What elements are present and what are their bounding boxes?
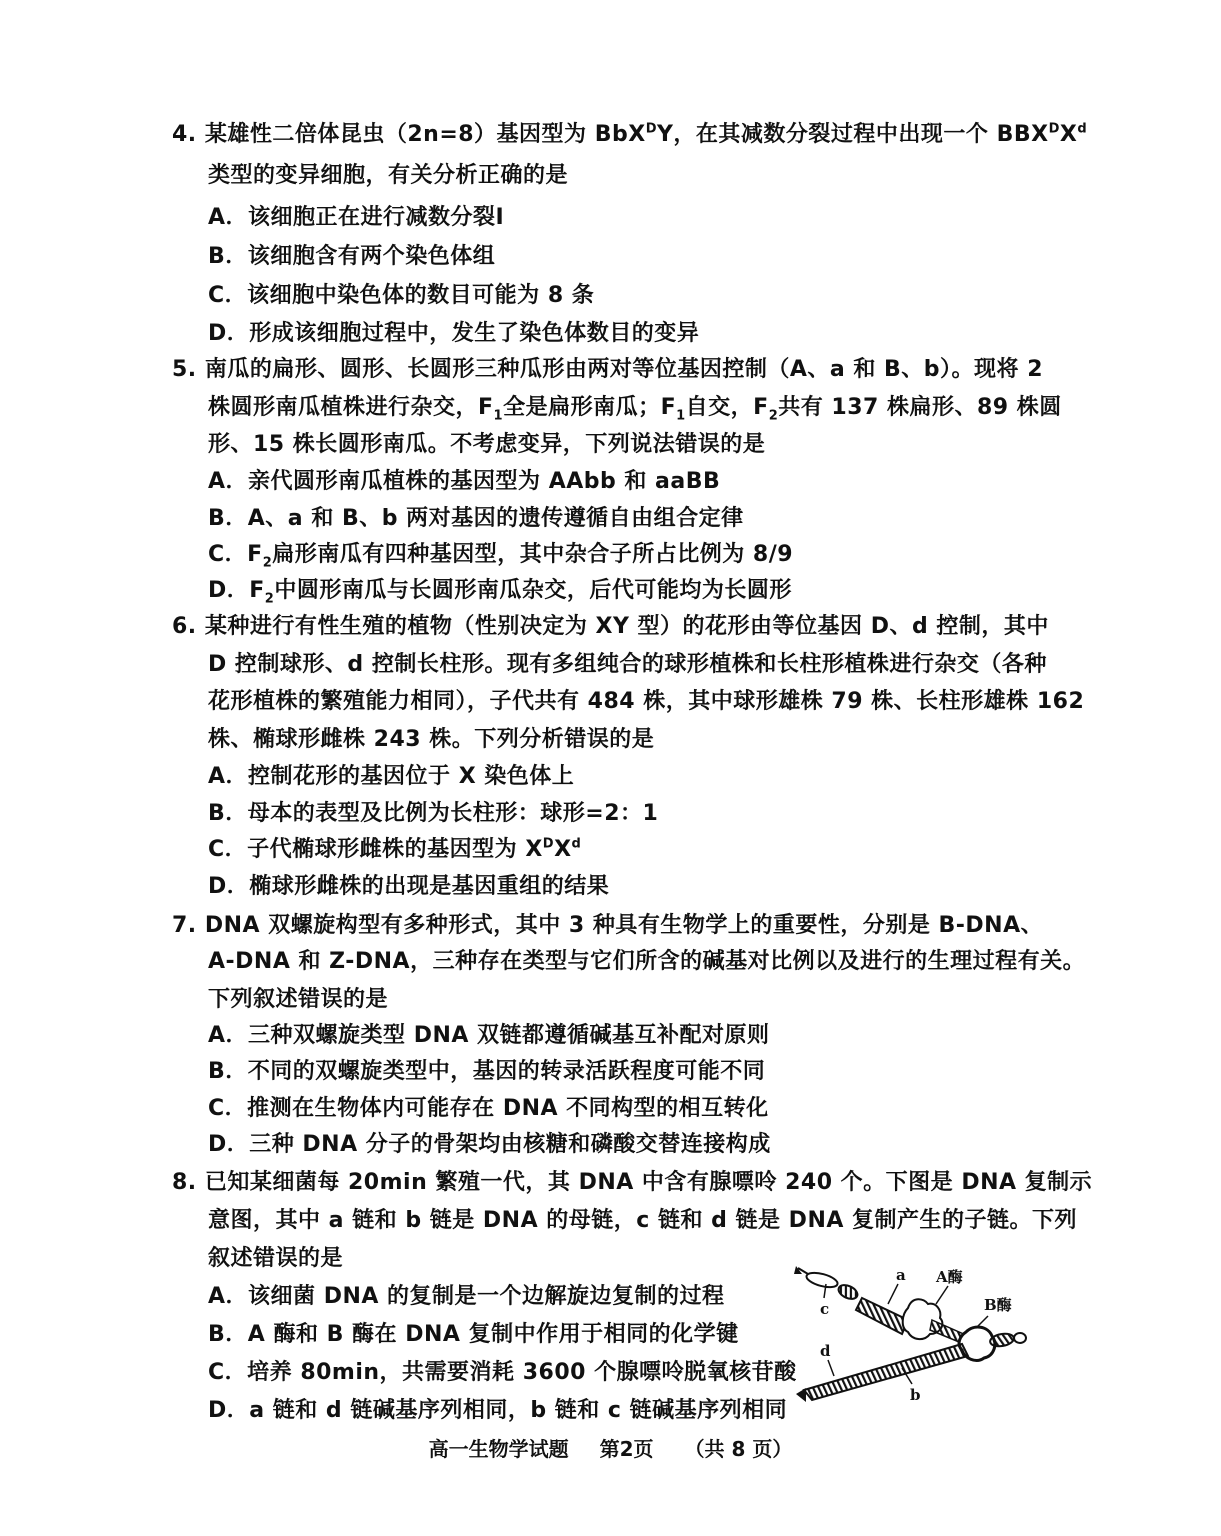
q6-stem-line-4: 株、椭球形雌株 243 株。下列分析错误的是 [208, 725, 654, 755]
q4-stem-line-2: 类型的变异细胞，有关分析正确的是 [208, 161, 568, 191]
q6-stem-line-1: 6. 某种进行有性生殖的植物（性别决定为 XY 型）的花形由等位基因 D、d 控… [172, 612, 1049, 642]
q8-stem-line-2: 意图，其中 a 链和 b 链是 DNA 的母链，c 链和 d 链是 DNA 复制… [208, 1206, 1077, 1236]
q4-option-c[interactable]: C．该细胞中染色体的数目可能为 8 条 [208, 281, 594, 311]
q5-stem-line-1: 5. 南瓜的扁形、圆形、长圆形三种瓜形由两对等位基因控制（A、a 和 B、b）。… [172, 355, 1043, 385]
q5-option-b[interactable]: B．A、a 和 B、b 两对基因的遗传遵循自由组合定律 [208, 504, 744, 534]
upper-helix [794, 1266, 908, 1334]
q4-stem-line-1: 4. 某雄性二倍体昆虫（2n=8）基因型为 BbXDY，在其减数分裂过程中出现一… [172, 120, 1087, 150]
q5-option-a[interactable]: A．亲代圆形南瓜植株的基因型为 AAbb 和 aaBB [208, 467, 720, 497]
footer-total-pages: （共 8 页） [685, 1437, 793, 1461]
q8-number: 8. [172, 1170, 197, 1195]
label-b: b [910, 1386, 921, 1404]
q5-stem-line-3: 形、15 株长圆形南瓜。不考虑变异，下列说法错误的是 [208, 430, 765, 460]
q5-number: 5. [172, 357, 197, 382]
q5-option-c[interactable]: C．F2扁形南瓜有四种基因型，其中杂合子所占比例为 8/9 [208, 540, 793, 570]
q5-stem-line-2: 株圆形南瓜植株进行杂交，F1全是扁形南瓜；F1自交，F2共有 137 株扁形、8… [208, 393, 1062, 423]
dna-replication-diagram: c a A酶 B酶 d b [790, 1258, 1030, 1408]
q4-option-a[interactable]: A．该细胞正在进行减数分裂Ⅰ [208, 203, 504, 233]
footer-subject: 高一生物学试题 [429, 1437, 569, 1461]
q6-number: 6. [172, 614, 197, 639]
q7-stem-line-1: 7. DNA 双螺旋构型有多种形式，其中 3 种具有生物学上的重要性，分别是 B… [172, 911, 1043, 941]
q8-option-d[interactable]: D．a 链和 d 链碱基序列相同，b 链和 c 链碱基序列相同 [208, 1396, 787, 1426]
q7-option-a[interactable]: A．三种双螺旋类型 DNA 双链都遵循碱基互补配对原则 [208, 1021, 770, 1051]
q5-option-d[interactable]: D．F2中圆形南瓜与长圆形南瓜杂交，后代可能均为长圆形 [208, 576, 792, 606]
q7-stem-line-3: 下列叙述错误的是 [208, 985, 388, 1015]
q8-option-b[interactable]: B．A 酶和 B 酶在 DNA 复制中作用于相同的化学键 [208, 1320, 739, 1350]
q7-option-b[interactable]: B．不同的双螺旋类型中，基因的转录活跃程度可能不同 [208, 1057, 765, 1087]
q6-option-a[interactable]: A．控制花形的基因位于 X 染色体上 [208, 762, 574, 792]
label-d: d [820, 1342, 831, 1360]
q8-stem-line-3: 叙述错误的是 [208, 1244, 343, 1274]
q6-option-c[interactable]: C．子代椭球形雌株的基因型为 XDXd [208, 835, 581, 865]
label-a: a [896, 1266, 906, 1284]
footer-page-number: 第2页 [600, 1437, 654, 1461]
q7-stem-line-2: A-DNA 和 Z-DNA，三种存在类型与它们所含的碱基对比例以及进行的生理过程… [208, 947, 1085, 977]
q7-number: 7. [172, 913, 197, 938]
q7-option-d[interactable]: D．三种 DNA 分子的骨架均由核糖和磷酸交替连接构成 [208, 1130, 771, 1160]
q8-stem-line-1: 8. 已知某细菌每 20min 繁殖一代，其 DNA 中含有腺嘌呤 240 个。… [172, 1168, 1092, 1198]
label-enzyme-a: A酶 [935, 1268, 963, 1286]
q6-stem-line-2: D 控制球形、d 控制长柱形。现有多组纯合的球形植株和长柱形植株进行杂交（各种 [208, 650, 1047, 680]
q7-option-c[interactable]: C．推测在生物体内可能存在 DNA 不同构型的相互转化 [208, 1094, 769, 1124]
label-c: c [820, 1300, 829, 1318]
q6-option-d[interactable]: D．椭球形雌株的出现是基因重组的结果 [208, 872, 609, 902]
q6-stem-line-3: 花形植株的繁殖能力相同），子代共有 484 株，其中球形雄株 79 株、长柱形雄… [208, 687, 1084, 717]
q4-option-b[interactable]: B．该细胞含有两个染色体组 [208, 242, 495, 272]
page-footer: 高一生物学试题 第2页 （共 8 页） [0, 1433, 1221, 1462]
q8-option-a[interactable]: A．该细菌 DNA 的复制是一个边解旋边复制的过程 [208, 1282, 725, 1312]
q8-option-c[interactable]: C．培养 80min，共需要消耗 3600 个腺嘌呤脱氧核苷酸 [208, 1358, 797, 1388]
q4-number: 4. [172, 122, 197, 147]
exam-page: 4. 某雄性二倍体昆虫（2n=8）基因型为 BbXDY，在其减数分裂过程中出现一… [0, 0, 1221, 1536]
label-enzyme-b: B酶 [984, 1296, 1012, 1314]
q6-option-b[interactable]: B．母本的表型及比例为长柱形：球形=2：1 [208, 799, 658, 829]
q4-option-d[interactable]: D．形成该细胞过程中，发生了染色体数目的变异 [208, 319, 699, 349]
